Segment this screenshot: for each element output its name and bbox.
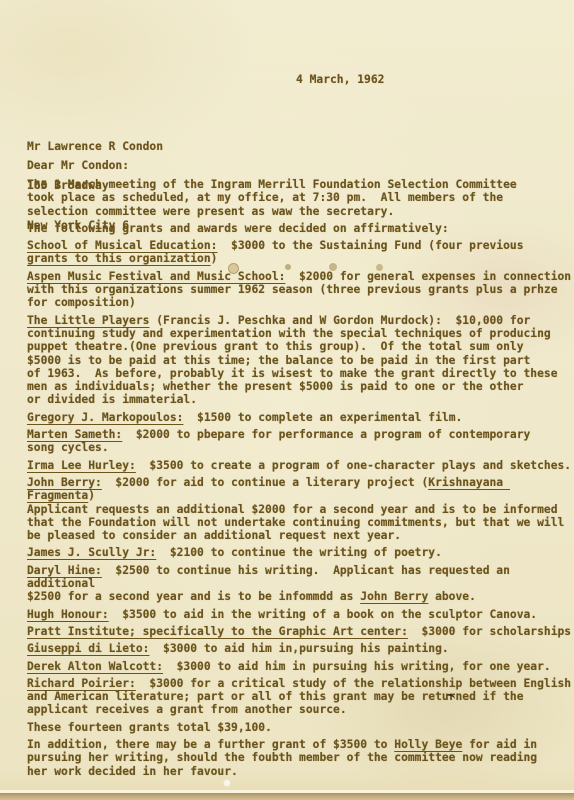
underlined-text: Richard Poirier: xyxy=(27,677,136,690)
underlined-text: Hugh Honour: xyxy=(27,608,109,621)
paper-spot xyxy=(376,264,383,271)
text-segment: $3000 for scholarships xyxy=(408,625,571,638)
backing-surface xyxy=(0,793,574,800)
text-segment: $3000 to aid him in,pursuing his paintin… xyxy=(149,642,448,655)
paragraph: The 1 March meeting of the Ingram Merril… xyxy=(27,178,574,218)
text-segment: above. xyxy=(428,590,476,603)
text-segment: In addition, there may be a further gran… xyxy=(27,738,394,751)
underlined-text: John Berry: xyxy=(27,476,102,489)
underlined-text: John Berry xyxy=(360,590,428,603)
underlined-text: James J. Scully Jr: xyxy=(27,546,156,559)
text-segment: $3000 to the Sustaining Fund (four previ… xyxy=(217,239,523,252)
text-segment: These fourteen grants total $39,100. xyxy=(27,721,272,734)
recipient-name: Mr Lawrence R Condon xyxy=(27,140,163,153)
text-segment: $2100 to continue the writing of poetry. xyxy=(156,546,442,559)
underlined-text: grants to this organization xyxy=(27,252,211,265)
underlined-text: Daryl Hine: xyxy=(27,564,102,577)
underlined-text: Holly Beye xyxy=(394,738,462,751)
letter-page: 4 March, 1962 Mr Lawrence R Condon 165 B… xyxy=(0,0,574,800)
paragraph: Giuseppi di Lieto: $3000 to aid him in,p… xyxy=(27,642,574,655)
text-segment: $3000 to aid him in pursuing his writing… xyxy=(163,660,551,673)
text-segment: (Francis J. Peschka and W Gordon Murdock… xyxy=(27,314,558,407)
paragraph: Pratt Institute; specifically to the Gra… xyxy=(27,625,574,638)
text-segment: $3500 to create a program of one-charact… xyxy=(136,459,571,472)
text-segment: The 1 March meeting of the Ingram Merril… xyxy=(27,178,517,218)
paragraph: Hugh Honour: $3500 to aid in the writing… xyxy=(27,608,574,621)
paper-spot xyxy=(285,264,291,270)
underlined-text: Derek Alton Walcott: xyxy=(27,660,163,673)
paper-spot xyxy=(224,780,230,786)
text-segment: ) Applicant requests an additional $2000… xyxy=(27,489,564,542)
paragraph: Marten Sameth: $2000 to pbepare for perf… xyxy=(27,428,574,455)
paragraph: Irma Lee Hurley: $3500 to create a progr… xyxy=(27,459,574,472)
paragraph: Gregory J. Markopoulos: $1500 to complet… xyxy=(27,411,574,424)
paragraph: The following grants and awards were dec… xyxy=(27,222,574,235)
underlined-text: Pratt Institute; specifically to the Gra… xyxy=(27,625,408,638)
underlined-text: Gregory J. Markopoulos: xyxy=(27,411,183,424)
paragraph: The Little Players (Francis J. Peschka a… xyxy=(27,314,574,407)
letter-body: The 1 March meeting of the Ingram Merril… xyxy=(27,178,574,782)
paragraph: School of Musical Education: $3000 to th… xyxy=(27,239,574,266)
text-segment: ) xyxy=(211,252,218,265)
paragraph: These fourteen grants total $39,100. xyxy=(27,721,574,734)
letter-date: 4 March, 1962 xyxy=(296,73,384,86)
text-segment: The following grants and awards were dec… xyxy=(27,222,449,235)
underlined-text: Marten Sameth: xyxy=(27,428,122,441)
paragraph: James J. Scully Jr: $2100 to continue th… xyxy=(27,546,574,559)
salutation: Dear Mr Condon: xyxy=(27,159,129,172)
paragraph: Derek Alton Walcott: $3000 to aid him in… xyxy=(27,660,574,673)
paragraph: Richard Poirier: $3000 for a critical st… xyxy=(27,677,574,717)
paragraph: John Berry: $2000 for aid to continue a … xyxy=(27,476,574,542)
paragraph: Aspen Music Festival and Music School: $… xyxy=(27,270,574,310)
underlined-text: Aspen Music Festival and Music School: xyxy=(27,270,285,283)
paragraph: Daryl Hine: $2500 to continue his writin… xyxy=(27,564,574,604)
text-segment: $3500 to aid in the writing of a book on… xyxy=(109,608,537,621)
underlined-text: Giuseppi di Lieto: xyxy=(27,642,149,655)
paper-spot xyxy=(228,263,239,274)
paragraph: In addition, there may be a further gran… xyxy=(27,738,574,778)
text-segment: $2000 for aid to continue a literary pro… xyxy=(102,476,428,489)
underlined-text: School of Musical Education: xyxy=(27,239,217,252)
text-segment: $1500 to complete an experimental film. xyxy=(183,411,462,424)
underlined-text: The Little Players xyxy=(27,314,149,327)
paper-spot xyxy=(329,263,337,271)
underlined-text: Irma Lee Hurley: xyxy=(27,459,136,472)
